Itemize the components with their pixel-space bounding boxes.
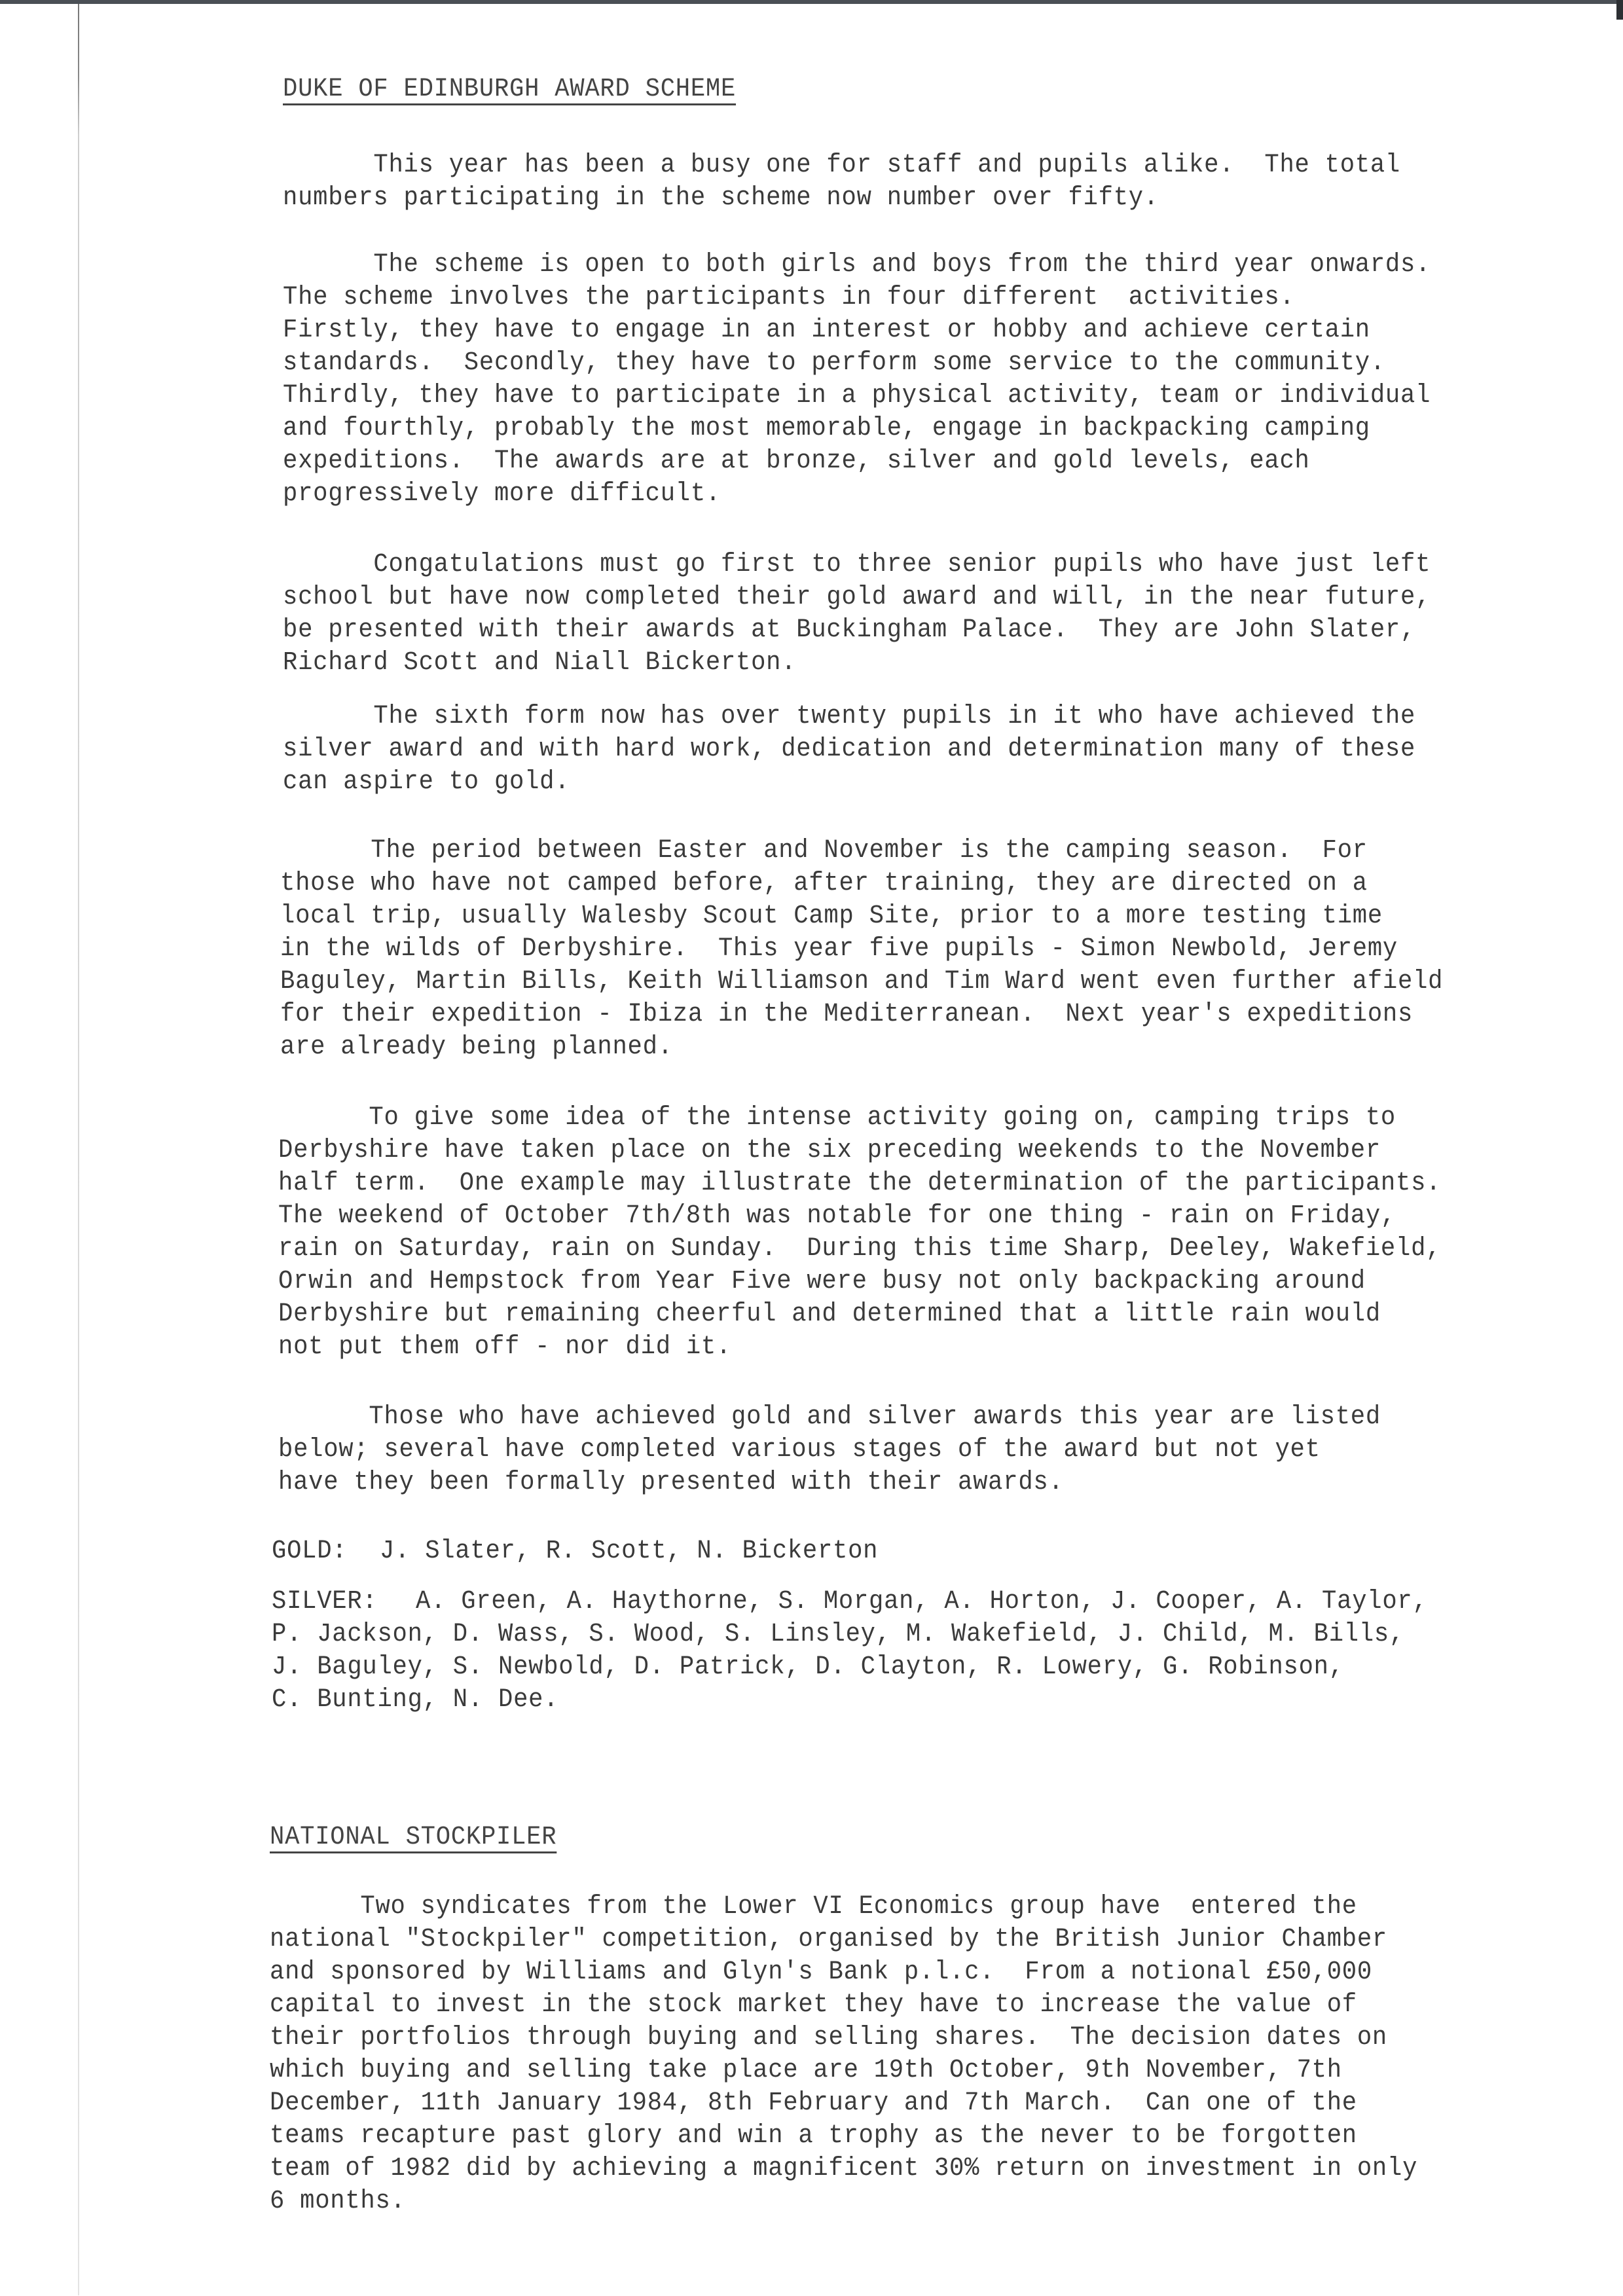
paragraph-line: numbers participating in the scheme now … [283,182,1159,215]
paragraph-line: Those who have achieved gold and silver … [278,1401,1381,1434]
paragraph-line: The weekend of October 7th/8th was notab… [278,1200,1396,1233]
paragraph-line: are already being planned. [280,1031,673,1064]
paragraph-line: rain on Saturday, rain on Sunday. During… [278,1233,1441,1266]
gold-award-label: GOLD: [272,1535,347,1568]
paragraph-line: have they been formally presented with t… [278,1467,1064,1499]
silver-award-names: A. Green, A. Haythorne, S. Morgan, A. Ho… [416,1586,1428,1618]
paragraph-line: can aspire to gold. [283,766,570,799]
paragraph-line: expeditions. The awards are at bronze, s… [283,445,1310,478]
paragraph-line: This year has been a busy one for staff … [283,149,1400,182]
paragraph-line: Baguley, Martin Bills, Keith Williamson … [280,966,1443,998]
paragraph-line: teams recapture past glory and win a tro… [270,2120,1357,2153]
paragraph-line: local trip, usually Walesby Scout Camp S… [280,900,1383,933]
paragraph-line: silver award and with hard work, dedicat… [283,733,1415,766]
silver-award-names: P. Jackson, D. Wass, S. Wood, S. Linsley… [272,1618,1404,1651]
paragraph-line: and fourthly, probably the most memorabl… [283,412,1370,445]
paragraph-line: in the wilds of Derbyshire. This year fi… [280,933,1398,966]
silver-award-names: J. Baguley, S. Newbold, D. Patrick, D. C… [272,1651,1344,1684]
paragraph-line: which buying and selling take place are … [270,2054,1342,2087]
paragraph-line: those who have not camped before, after … [280,867,1368,900]
paragraph-line: not put them off - nor did it. [278,1331,731,1364]
paragraph-line: national "Stockpiler" competition, organ… [270,1923,1387,1956]
paragraph-line: Firstly, they have to engage in an inter… [283,314,1370,347]
paragraph-line: Two syndicates from the Lower VI Economi… [270,1891,1357,1923]
silver-award-label: SILVER: [272,1586,377,1618]
paragraph-line: school but have now completed their gold… [283,581,1431,614]
paragraph-line: The sixth form now has over twenty pupil… [283,701,1415,733]
section-heading-national-stockpiler: NATIONAL STOCKPILER [270,1821,556,1854]
paragraph-line: The scheme involves the participants in … [283,282,1295,314]
paragraph-line: Congatulations must go first to three se… [283,549,1431,581]
paragraph-line: for their expedition - Ibiza in the Medi… [280,998,1413,1031]
paragraph-line: half term. One example may illustrate th… [278,1167,1441,1200]
silver-award-names: C. Bunting, N. Dee. [272,1684,558,1717]
paragraph-line: progressively more difficult. [283,478,721,511]
paragraph-line: be presented with their awards at Buckin… [283,614,1415,647]
paragraph-line: The scheme is open to both girls and boy… [283,249,1431,282]
typed-page: DUKE OF EDINBURGH AWARD SCHEME This year… [0,0,1623,2296]
paragraph-line: The period between Easter and November i… [280,835,1368,867]
paragraph-line: capital to invest in the stock market th… [270,1989,1357,2022]
paragraph-line: Thirdly, they have to participate in a p… [283,380,1431,412]
paragraph-line: and sponsored by Williams and Glyn's Ban… [270,1956,1372,1989]
paragraph-line: below; several have completed various st… [278,1434,1321,1467]
paragraph-line: Orwin and Hempstock from Year Five were … [278,1266,1366,1298]
gold-award-names: J. Slater, R. Scott, N. Bickerton [380,1535,878,1568]
paragraph-line: 6 months. [270,2185,406,2218]
section-heading-duke-of-edinburgh: DUKE OF EDINBURGH AWARD SCHEME [283,73,736,106]
paragraph-line: their portfolios through buying and sell… [270,2022,1387,2054]
paragraph-line: standards. Secondly, they have to perfor… [283,347,1385,380]
paragraph-line: Derbyshire but remaining cheerful and de… [278,1298,1381,1331]
paragraph-line: December, 11th January 1984, 8th Februar… [270,2087,1357,2120]
paragraph-line: team of 1982 did by achieving a magnific… [270,2153,1417,2185]
paragraph-line: Richard Scott and Niall Bickerton. [283,647,796,680]
paragraph-line: To give some idea of the intense activit… [278,1102,1396,1135]
paragraph-line: Derbyshire have taken place on the six p… [278,1135,1381,1167]
